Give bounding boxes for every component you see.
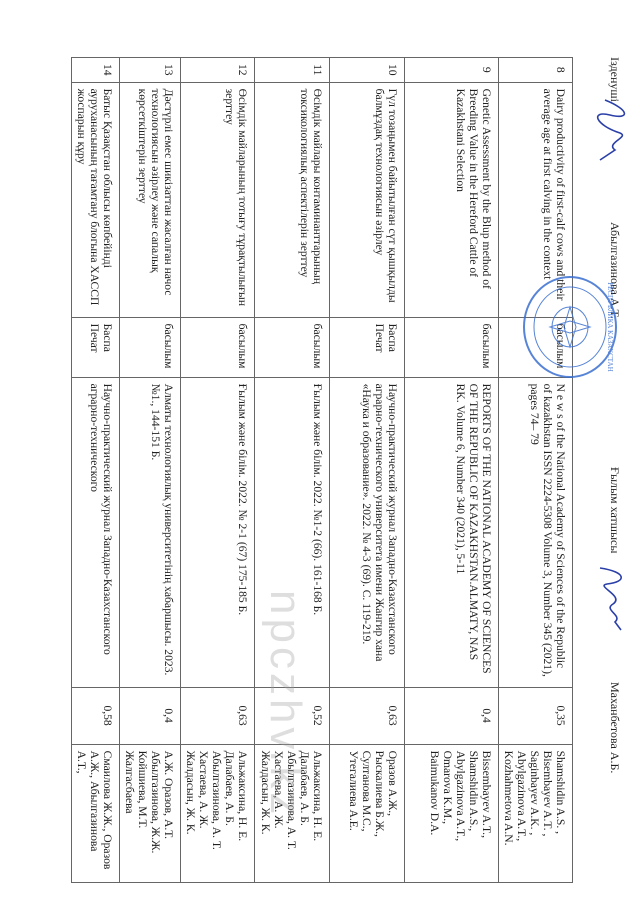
publication-source: Ғылым және білім. 2022. № 2-1 (67) 175-1… (181, 377, 255, 687)
publication-title: Genetic Assessment by the Blup method of… (405, 82, 499, 317)
publication-source: N e w s of the National Academy of Scien… (499, 377, 573, 687)
co-authors: Смаилова Ж.Ж., Оразов А.Ж., Абылгазинова… (72, 744, 120, 882)
row-number: 8 (499, 58, 573, 83)
row-number: 11 (255, 58, 330, 83)
secretary-name: Маханбетова А.Б. (607, 682, 622, 773)
publication-type: басылым (120, 317, 181, 377)
watermark: npczhv.kz (260, 590, 310, 818)
publication-source: REPORTS OF THE NATIONAL ACADEMY OF SCIEN… (405, 377, 499, 687)
official-stamp: РЕСПУБЛИКА КАЗАХСТАН (520, 273, 620, 381)
publication-type: Баспа Печат (330, 317, 405, 377)
row-number: 12 (181, 58, 255, 83)
scanned-page: 8Dairy productivity of first-calf cows a… (0, 0, 640, 904)
co-authors: Bissembayev A.T., Shamshidin A.S., Abylg… (405, 744, 499, 882)
row-number: 10 (330, 58, 405, 83)
row-number: 13 (120, 58, 181, 83)
publication-title: Дәстүрлі емес шикізаттан жасалған начос … (120, 82, 181, 317)
volume-sheets: 0,4 (120, 687, 181, 744)
table-row: 9Genetic Assessment by the Blup method o… (405, 58, 499, 883)
co-authors: Оразов А.Ж., Рыскалиева Б.Ж., Султанова … (330, 744, 405, 882)
applicant-signature (590, 95, 635, 165)
publications-table: 8Dairy productivity of first-calf cows a… (71, 57, 573, 883)
publication-type: басылым (181, 317, 255, 377)
row-number: 14 (72, 58, 120, 83)
volume-sheets: 0,63 (330, 687, 405, 744)
publication-title: Гүл тозаңымен байытылған сүт қышқылды ба… (330, 82, 405, 317)
co-authors: Альжаксина, Н. Е. Далабаев, А. Б. Абылга… (181, 744, 255, 882)
secretary-label: Ғылым хатшысы (607, 467, 622, 553)
publication-source: Научно-практический журнал Западно-Казах… (72, 377, 120, 687)
publication-source: Алматы технологиялық университетінің хаб… (120, 377, 181, 687)
publication-type: басылым (255, 317, 330, 377)
signature-footer: Ізденуші Абылгазинова А.Т. Ғылым хатшысы… (600, 57, 622, 897)
volume-sheets: 0,4 (405, 687, 499, 744)
secretary-signature (585, 560, 635, 635)
publication-title: Батыс Қазақстан облысы көпбейінді ауруха… (72, 82, 120, 317)
co-authors: Shamshidin A.S. , Bisembayev A.T. , Sagi… (499, 744, 573, 882)
table-row: 8Dairy productivity of first-calf cows a… (499, 58, 573, 883)
table-row: 14Батыс Қазақстан облысы көпбейінді ауру… (72, 58, 120, 883)
stamp-text: РЕСПУБЛИКА КАЗАХСТАН (606, 282, 614, 372)
publication-title: Өсімдік майларының тотығу тұрақтылығын з… (181, 82, 255, 317)
volume-sheets: 0,35 (499, 687, 573, 744)
volume-sheets: 0,63 (181, 687, 255, 744)
publication-title: Өсімдік майлары контаминанттарының токси… (255, 82, 330, 317)
publication-type: Баспа Печат (72, 317, 120, 377)
publication-source: Научно-практический журнал Западно-Казах… (330, 377, 405, 687)
table-row: 13Дәстүрлі емес шикізаттан жасалған начо… (120, 58, 181, 883)
table-row: 10Гүл тозаңымен байытылған сүт қышқылды … (330, 58, 405, 883)
publication-type: басылым (405, 317, 499, 377)
co-authors: А.Ж. Оразов, А.Т. Абылгазинова, Ж.Ж. Кой… (120, 744, 181, 882)
row-number: 9 (405, 58, 499, 83)
table-row: 12Өсімдік майларының тотығу тұрақтылығын… (181, 58, 255, 883)
volume-sheets: 0,58 (72, 687, 120, 744)
